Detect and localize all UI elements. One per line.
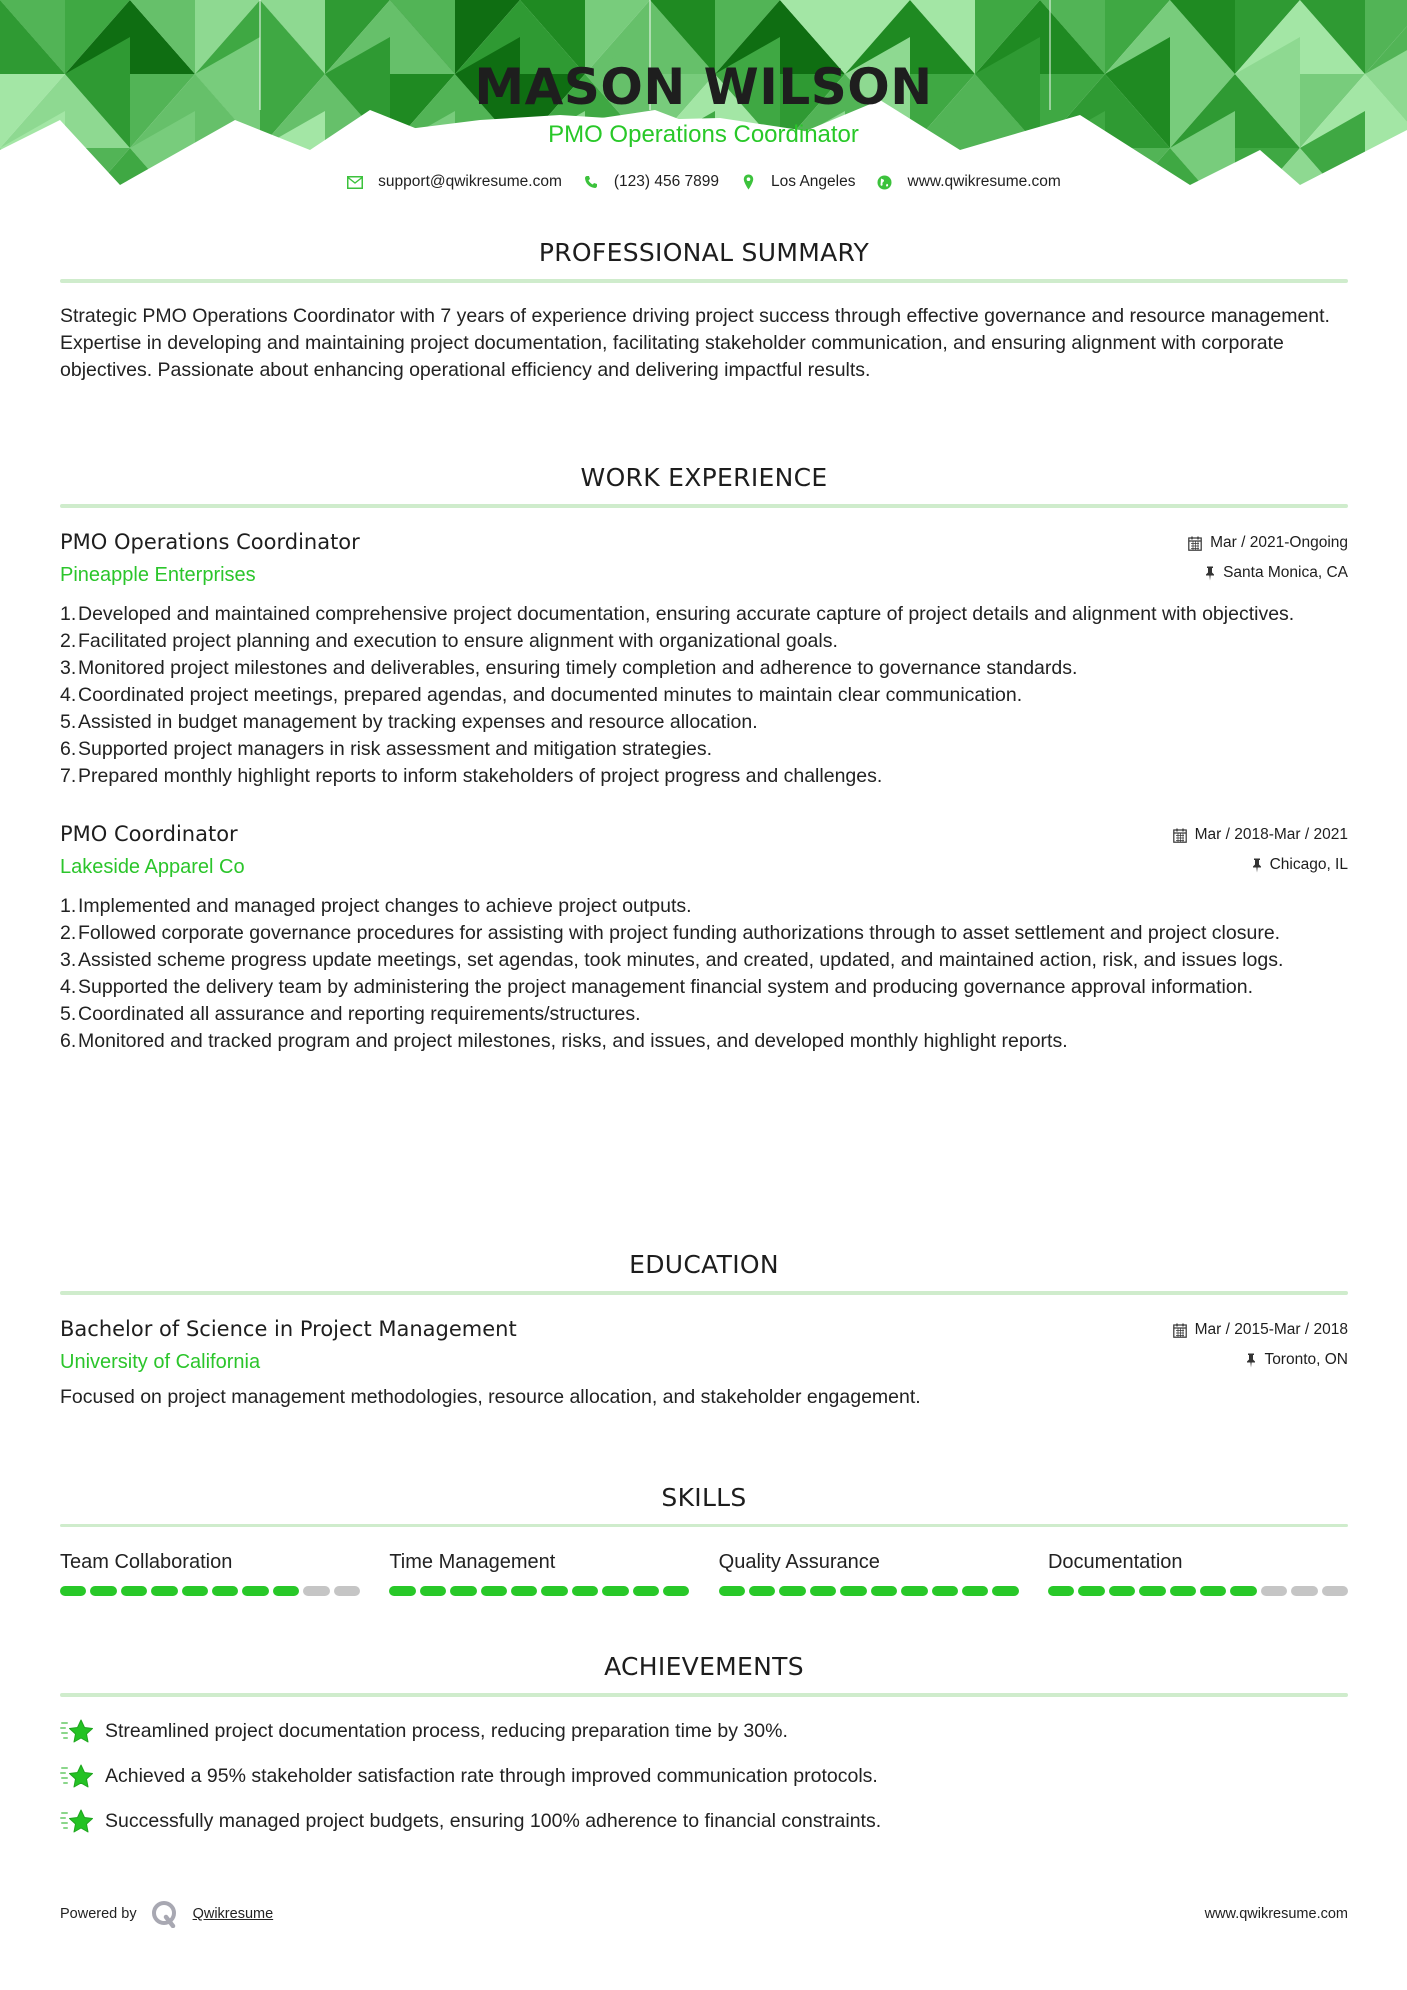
skill-segment [541, 1586, 567, 1596]
skill-segment [1139, 1586, 1165, 1596]
bullet-number: 1. [60, 893, 76, 920]
skill-segment [840, 1586, 866, 1596]
bullet-item: 2.Facilitated project planning and execu… [60, 628, 1348, 655]
section-divider [60, 504, 1348, 508]
skill-segment [1200, 1586, 1226, 1596]
skills-list: Team CollaborationTime ManagementQuality… [60, 1551, 1348, 1596]
job-location: Chicago, IL [1173, 856, 1348, 874]
skill-segment [749, 1586, 775, 1596]
achievement-item: Achieved a 95% stakeholder satisfaction … [60, 1762, 1348, 1790]
website-text: www.qwikresume.com [908, 173, 1061, 191]
skill-item: Time Management [389, 1551, 689, 1596]
bullet-number: 2. [60, 628, 76, 655]
bullet-text: Facilitated project planning and executi… [78, 630, 838, 652]
contact-location: Los Angeles [739, 173, 855, 191]
bullet-text: Coordinated project meetings, prepared a… [78, 684, 1022, 706]
candidate-name: MASON WILSON [0, 58, 1407, 116]
skill-segment [1261, 1586, 1287, 1596]
skill-name: Team Collaboration [60, 1551, 360, 1574]
skill-item: Team Collaboration [60, 1551, 360, 1596]
calendar-icon [1173, 1323, 1187, 1338]
footer: Powered by Qwikresume www.qwikresume.com [60, 1900, 1348, 1928]
skill-name: Quality Assurance [719, 1551, 1019, 1574]
skills-section: SKILLS Team CollaborationTime Management… [60, 1483, 1348, 1596]
education-dates: Mar / 2015-Mar / 2018 [1173, 1321, 1348, 1339]
section-divider [60, 279, 1348, 283]
bullet-text: Supported the delivery team by administe… [78, 976, 1253, 998]
skill-item: Quality Assurance [719, 1551, 1019, 1596]
pushpin-icon [1252, 858, 1262, 873]
skill-segment [962, 1586, 988, 1596]
contact-phone[interactable]: (123) 456 7899 [582, 173, 719, 191]
skill-segment [1170, 1586, 1196, 1596]
skill-name: Documentation [1048, 1551, 1348, 1574]
skill-segment [1048, 1586, 1074, 1596]
skill-level-bar [1048, 1586, 1348, 1596]
contact-row: support@qwikresume.com (123) 456 7899 Lo… [0, 173, 1407, 191]
education-section: EDUCATION Bachelor of Science in Project… [60, 1250, 1348, 1411]
bullet-text: Prepared monthly highlight reports to in… [78, 765, 882, 787]
summary-section: PROFESSIONAL SUMMARY Strategic PMO Opera… [60, 238, 1348, 384]
skill-segment [511, 1586, 537, 1596]
bullet-item: 3.Monitored project milestones and deliv… [60, 655, 1348, 682]
bullet-text: Implemented and managed project changes … [78, 895, 692, 917]
education-location: Toronto, ON [1173, 1351, 1348, 1369]
phone-icon [582, 173, 600, 191]
bullet-text: Supported project managers in risk asses… [78, 738, 712, 760]
skill-segment [663, 1586, 689, 1596]
skill-segment [1322, 1586, 1348, 1596]
pushpin-icon [1205, 566, 1215, 581]
skill-segment [932, 1586, 958, 1596]
job-dates: Mar / 2021-Ongoing [1188, 534, 1348, 552]
education-description: Focused on project management methodolog… [60, 1384, 1348, 1411]
bullet-number: 1. [60, 601, 76, 628]
section-divider [60, 1524, 1348, 1527]
job-title: PMO Coordinator [60, 822, 245, 846]
star-award-icon [60, 1762, 96, 1790]
summary-heading: PROFESSIONAL SUMMARY [60, 238, 1348, 267]
bullet-item: 3.Assisted scheme progress update meetin… [60, 947, 1348, 974]
achievement-text: Successfully managed project budgets, en… [105, 1810, 881, 1833]
email-text: support@qwikresume.com [378, 173, 562, 191]
skill-segment [992, 1586, 1018, 1596]
powered-by: Powered by Qwikresume [60, 1900, 273, 1928]
school-name: University of California [60, 1351, 517, 1374]
job-company: Pineapple Enterprises [60, 564, 360, 587]
bullet-number: 3. [60, 655, 76, 682]
skill-segment [420, 1586, 446, 1596]
star-award-icon [60, 1717, 96, 1745]
skill-segment [450, 1586, 476, 1596]
summary-text: Strategic PMO Operations Coordinator wit… [60, 303, 1348, 384]
skill-segment [151, 1586, 177, 1596]
bullet-text: Monitored project milestones and deliver… [78, 657, 1077, 679]
footer-site[interactable]: www.qwikresume.com [1205, 1906, 1348, 1922]
achievement-text: Streamlined project documentation proces… [105, 1720, 788, 1743]
skill-segment [481, 1586, 507, 1596]
skill-segment [121, 1586, 147, 1596]
skill-segment [334, 1586, 360, 1596]
bullet-text: Developed and maintained comprehensive p… [78, 603, 1294, 625]
star-award-icon [60, 1807, 96, 1835]
achievement-text: Achieved a 95% stakeholder satisfaction … [105, 1765, 878, 1788]
contact-email[interactable]: support@qwikresume.com [346, 173, 562, 191]
bullet-text: Assisted scheme progress update meetings… [78, 949, 1283, 971]
bullet-number: 4. [60, 974, 76, 1001]
job-bullets: 1.Developed and maintained comprehensive… [60, 601, 1348, 790]
achievement-item: Streamlined project documentation proces… [60, 1717, 1348, 1745]
bullet-text: Monitored and tracked program and projec… [78, 1030, 1068, 1052]
location-text: Los Angeles [771, 173, 855, 191]
powered-by-label: Powered by [60, 1906, 137, 1922]
contact-website[interactable]: www.qwikresume.com [876, 173, 1061, 191]
skill-segment [1109, 1586, 1135, 1596]
education-heading: EDUCATION [60, 1250, 1348, 1279]
experience-section: WORK EXPERIENCE PMO Operations Coordinat… [60, 463, 1348, 1055]
section-divider [60, 1291, 1348, 1295]
calendar-icon [1173, 828, 1187, 843]
bullet-text: Coordinated all assurance and reporting … [78, 1003, 641, 1025]
bullet-item: 6.Monitored and tracked program and proj… [60, 1028, 1348, 1055]
achievements-list: Streamlined project documentation proces… [60, 1717, 1348, 1835]
skill-segment [273, 1586, 299, 1596]
bullet-item: 7.Prepared monthly highlight reports to … [60, 763, 1348, 790]
skill-segment [572, 1586, 598, 1596]
qwikresume-link[interactable]: Qwikresume [193, 1906, 274, 1922]
bullet-number: 5. [60, 1001, 76, 1028]
skill-level-bar [389, 1586, 689, 1596]
skill-segment [719, 1586, 745, 1596]
skill-segment [60, 1586, 86, 1596]
skill-segment [182, 1586, 208, 1596]
degree-title: Bachelor of Science in Project Managemen… [60, 1317, 517, 1341]
achievement-item: Successfully managed project budgets, en… [60, 1807, 1348, 1835]
job-company: Lakeside Apparel Co [60, 856, 245, 879]
candidate-role: PMO Operations Coordinator [0, 121, 1407, 149]
bullet-item: 5.Coordinated all assurance and reportin… [60, 1001, 1348, 1028]
skill-segment [242, 1586, 268, 1596]
skill-name: Time Management [389, 1551, 689, 1574]
bullet-text: Assisted in budget management by trackin… [78, 711, 758, 733]
map-pin-icon [739, 173, 757, 191]
job-entry: PMO Coordinator Lakeside Apparel Co Mar … [60, 822, 1348, 1055]
experience-heading: WORK EXPERIENCE [60, 463, 1348, 492]
section-divider [60, 1693, 1348, 1697]
achievements-section: ACHIEVEMENTS Streamlined project documen… [60, 1652, 1348, 1852]
pushpin-icon [1246, 1353, 1256, 1368]
skills-heading: SKILLS [60, 1483, 1348, 1512]
skill-segment [389, 1586, 415, 1596]
skill-segment [633, 1586, 659, 1596]
job-bullets: 1.Implemented and managed project change… [60, 893, 1348, 1055]
bullet-item: 1.Implemented and managed project change… [60, 893, 1348, 920]
job-entry: PMO Operations Coordinator Pineapple Ent… [60, 530, 1348, 790]
calendar-icon [1188, 536, 1202, 551]
skill-item: Documentation [1048, 1551, 1348, 1596]
bullet-text: Followed corporate governance procedures… [78, 922, 1280, 944]
bullet-number: 3. [60, 947, 76, 974]
bullet-number: 4. [60, 682, 76, 709]
bullet-number: 7. [60, 763, 76, 790]
bullet-number: 6. [60, 1028, 76, 1055]
bullet-item: 5.Assisted in budget management by track… [60, 709, 1348, 736]
skill-segment [303, 1586, 329, 1596]
bullet-number: 5. [60, 709, 76, 736]
bullet-item: 6.Supported project managers in risk ass… [60, 736, 1348, 763]
bullet-item: 4.Coordinated project meetings, prepared… [60, 682, 1348, 709]
skill-segment [212, 1586, 238, 1596]
skill-segment [90, 1586, 116, 1596]
bullet-item: 2.Followed corporate governance procedur… [60, 920, 1348, 947]
skill-level-bar [60, 1586, 360, 1596]
skill-segment [1291, 1586, 1317, 1596]
skill-segment [1078, 1586, 1104, 1596]
bullet-item: 1.Developed and maintained comprehensive… [60, 601, 1348, 628]
job-dates: Mar / 2018-Mar / 2021 [1173, 826, 1348, 844]
achievements-heading: ACHIEVEMENTS [60, 1652, 1348, 1681]
qwikresume-logo-icon [151, 1900, 179, 1928]
skill-segment [901, 1586, 927, 1596]
job-title: PMO Operations Coordinator [60, 530, 360, 554]
skill-segment [1230, 1586, 1256, 1596]
bullet-number: 2. [60, 920, 76, 947]
bullet-number: 6. [60, 736, 76, 763]
phone-text: (123) 456 7899 [614, 173, 719, 191]
bullet-item: 4.Supported the delivery team by adminis… [60, 974, 1348, 1001]
job-location: Santa Monica, CA [1188, 564, 1348, 582]
globe-icon [876, 173, 894, 191]
skill-level-bar [719, 1586, 1019, 1596]
skill-segment [602, 1586, 628, 1596]
envelope-icon [346, 173, 364, 191]
skill-segment [810, 1586, 836, 1596]
skill-segment [871, 1586, 897, 1596]
skill-segment [779, 1586, 805, 1596]
